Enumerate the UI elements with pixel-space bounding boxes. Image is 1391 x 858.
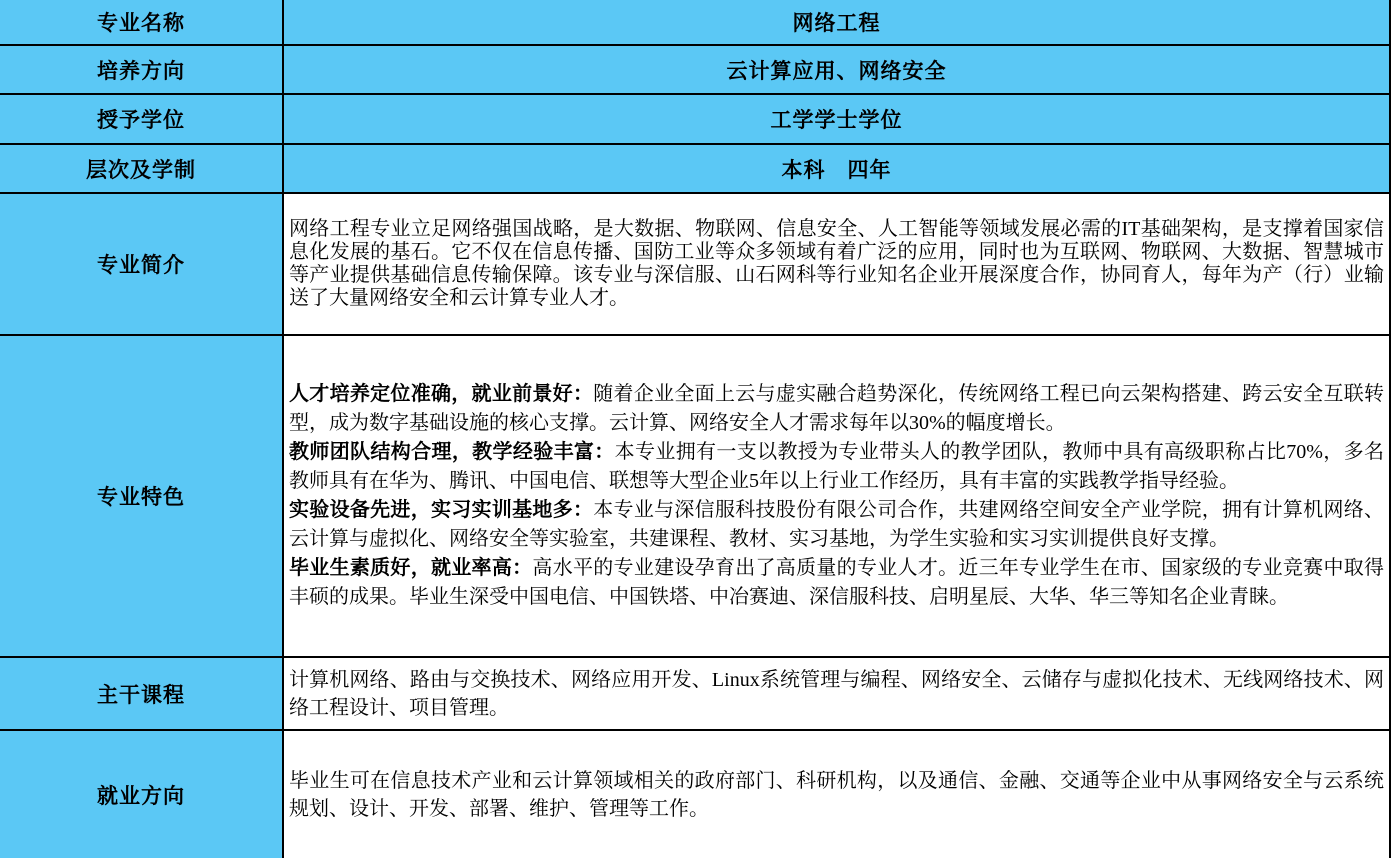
- training-direction-value: 云计算应用、网络安全: [284, 46, 1389, 93]
- degree-value: 工学学士学位: [284, 95, 1389, 143]
- main-courses-label: 主干课程: [0, 658, 284, 729]
- degree-label: 授予学位: [0, 95, 284, 143]
- feature-title-teachers: 教师团队结构合理，教学经验丰富：: [289, 441, 615, 463]
- major-features-label: 专业特色: [0, 336, 284, 656]
- employment-direction-text: 毕业生可在信息技术产业和云计算领域相关的政府部门、科研机构，以及通信、金融、交通…: [289, 767, 1384, 823]
- feature-title-labs: 实验设备先进，实习实训基地多：: [289, 499, 593, 521]
- feature-title-talent: 人才培养定位准确，就业前景好：: [289, 383, 593, 405]
- feature-item-labs: 实验设备先进，实习实训基地多：本专业与深信服科技股份有限公司合作，共建网络空间安…: [289, 496, 1384, 554]
- major-name-label: 专业名称: [0, 0, 284, 44]
- feature-title-graduates: 毕业生素质好，就业率高：: [289, 557, 532, 579]
- feature-item-graduates: 毕业生素质好，就业率高：高水平的专业建设孕育出了高质量的专业人才。近三年专业学生…: [289, 554, 1384, 612]
- row-degree: 授予学位 工学学士学位: [0, 95, 1389, 145]
- row-major-introduction: 专业简介 网络工程专业立足网络强国战略，是大数据、物联网、信息安全、人工智能等领…: [0, 194, 1389, 336]
- major-info-table: 专业名称 网络工程 培养方向 云计算应用、网络安全 授予学位 工学学士学位 层次…: [0, 0, 1391, 858]
- row-employment-direction: 就业方向 毕业生可在信息技术产业和云计算领域相关的政府部门、科研机构，以及通信、…: [0, 731, 1389, 858]
- row-major-features: 专业特色 人才培养定位准确，就业前景好：随着企业全面上云与虚实融合趋势深化，传统…: [0, 336, 1389, 658]
- employment-direction-cell: 毕业生可在信息技术产业和云计算领域相关的政府部门、科研机构，以及通信、金融、交通…: [284, 731, 1389, 858]
- level-duration-label: 层次及学制: [0, 145, 284, 192]
- row-level-duration: 层次及学制 本科 四年: [0, 145, 1389, 194]
- level-duration-value: 本科 四年: [284, 145, 1389, 192]
- main-courses-text: 计算机网络、路由与交换技术、网络应用开发、Linux系统管理与编程、网络安全、云…: [289, 666, 1384, 722]
- row-training-direction: 培养方向 云计算应用、网络安全: [0, 46, 1389, 95]
- major-introduction-text: 网络工程专业立足网络强国战略，是大数据、物联网、信息安全、人工智能等领域发展必需…: [289, 218, 1384, 310]
- row-main-courses: 主干课程 计算机网络、路由与交换技术、网络应用开发、Linux系统管理与编程、网…: [0, 658, 1389, 731]
- major-features-cell: 人才培养定位准确，就业前景好：随着企业全面上云与虚实融合趋势深化，传统网络工程已…: [284, 336, 1389, 656]
- feature-item-talent: 人才培养定位准确，就业前景好：随着企业全面上云与虚实融合趋势深化，传统网络工程已…: [289, 380, 1384, 438]
- feature-item-teachers: 教师团队结构合理，教学经验丰富：本专业拥有一支以教授为专业带头人的教学团队，教师…: [289, 438, 1384, 496]
- main-courses-cell: 计算机网络、路由与交换技术、网络应用开发、Linux系统管理与编程、网络安全、云…: [284, 658, 1389, 729]
- major-introduction-cell: 网络工程专业立足网络强国战略，是大数据、物联网、信息安全、人工智能等领域发展必需…: [284, 194, 1389, 334]
- row-major-name: 专业名称 网络工程: [0, 0, 1389, 46]
- employment-direction-label: 就业方向: [0, 731, 284, 858]
- major-introduction-label: 专业简介: [0, 194, 284, 334]
- training-direction-label: 培养方向: [0, 46, 284, 93]
- major-name-value: 网络工程: [284, 0, 1389, 44]
